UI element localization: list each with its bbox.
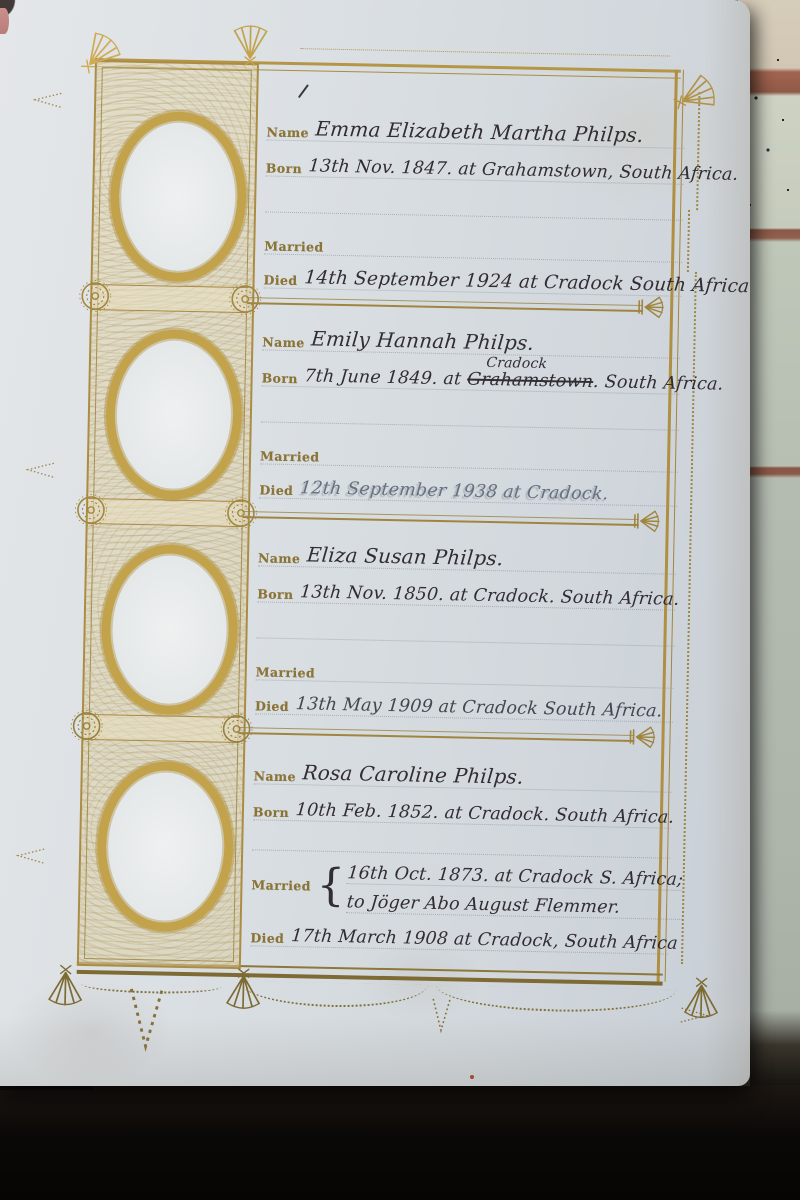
born-row: Born 13th Nov. 1847. at Grahamstown, Sou… xyxy=(266,143,685,184)
rosette-icon xyxy=(75,494,108,527)
fan-tassel-icon xyxy=(33,961,98,1026)
dark-table-shadow xyxy=(0,1085,800,1200)
name-label: Name xyxy=(266,124,309,140)
died-value: 17th March 1908 at Cradock, South Africa xyxy=(290,926,678,954)
married-label: Married xyxy=(251,877,311,893)
died-row: Died 17th March 1908 at Cradock, South A… xyxy=(250,915,669,954)
born-value: 13th Nov. 1847. at Grahamstown, South Af… xyxy=(308,156,740,185)
name-row: Name Eliza Susan Philps. xyxy=(258,533,677,574)
name-label: Name xyxy=(254,768,297,784)
register-entry-1: Name Emma Elizabeth Martha Philps. Born … xyxy=(263,99,671,301)
album-page: Name Emma Elizabeth Martha Philps. Born … xyxy=(0,0,750,1086)
dotted-swag xyxy=(81,976,221,995)
blank-ruled-line xyxy=(265,187,683,220)
dotted-spike-icon xyxy=(679,996,714,1031)
divider-finial-icon xyxy=(626,727,666,748)
married-row: Married xyxy=(260,435,678,472)
section-divider-rod xyxy=(243,511,639,526)
married-row: Married xyxy=(264,225,682,262)
born-row: Born 13th Nov. 1850. at Cradock. South A… xyxy=(257,569,676,610)
died-label: Died xyxy=(255,698,289,714)
name-label: Name xyxy=(262,334,305,350)
married-row: Married xyxy=(256,651,674,688)
born-value: 13th Nov. 1850. at Cradock. South Africa… xyxy=(299,582,680,610)
curly-brace: { xyxy=(316,859,345,914)
married-line-2: to Jöger Abo August Flemmer. xyxy=(346,892,621,917)
photograph-of-register-page: Name Emma Elizabeth Martha Philps. Born … xyxy=(0,0,800,1200)
name-label: Name xyxy=(258,550,301,566)
dotted-swag xyxy=(436,985,676,1014)
dotted-spike-icon xyxy=(27,461,58,492)
dotted-spike-icon xyxy=(18,847,49,878)
name-value: Rosa Caroline Philps. xyxy=(302,760,525,788)
name-value: Eliza Susan Philps. xyxy=(306,542,505,570)
born-label: Born xyxy=(257,586,293,602)
married-row: Married { 16th Oct. 1873. at Cradock S. … xyxy=(251,851,670,919)
born-value: 10th Feb. 1852. at Cradock. South Africa… xyxy=(295,800,675,828)
thistle-corner-ornament-icon xyxy=(49,17,120,88)
name-value: Emily Hannah Philps. xyxy=(311,326,536,354)
born-row: Born 10th Feb. 1852. at Cradock. South A… xyxy=(253,787,672,828)
struck-place: GrahamstownCradock xyxy=(466,370,594,392)
printed-frame-and-entries: Name Emma Elizabeth Martha Philps. Born … xyxy=(0,0,751,1099)
born-label: Born xyxy=(262,370,298,386)
register-entry-3: Name Eliza Susan Philps. Born 13th Nov. … xyxy=(255,525,663,727)
died-row: Died 12th September 1938 at Cradock. xyxy=(259,467,678,506)
died-value: 13th May 1909 at Cradock South Africa. xyxy=(295,694,664,721)
divider-finial-icon xyxy=(631,511,671,532)
correction-above-line: Cradock xyxy=(486,355,548,372)
register-entry-2: Name Emily Hannah Philps. Born 7th June … xyxy=(259,309,667,511)
dotted-spike-icon xyxy=(35,91,66,122)
born-label: Born xyxy=(253,804,289,820)
section-divider-rod xyxy=(239,727,635,742)
dotted-top-flourish xyxy=(300,48,670,56)
died-label: Died xyxy=(263,272,297,288)
died-row: Died 14th September 1924 at Cradock Sout… xyxy=(263,257,682,296)
married-label: Married xyxy=(264,238,324,254)
dotted-border-line xyxy=(687,210,690,272)
name-row: Name Emma Elizabeth Martha Philps. xyxy=(266,107,685,148)
died-value: 12th September 1938 at Cradock. xyxy=(299,478,609,504)
rosette-icon xyxy=(79,280,112,313)
born-label: Born xyxy=(266,160,302,176)
born-row: Born 7th June 1849. at GrahamstownCradoc… xyxy=(261,353,680,394)
register-entry-4: Name Rosa Caroline Philps. Born 10th Feb… xyxy=(250,743,658,963)
dotted-pendant-icon xyxy=(120,989,181,1054)
filigree-divider-band xyxy=(92,284,248,313)
married-lines: 16th Oct. 1873. at Cradock S. Africa; to… xyxy=(346,855,683,920)
name-value: Emma Elizabeth Martha Philps. xyxy=(315,116,645,147)
filigree-divider-band xyxy=(83,714,239,743)
married-label: Married xyxy=(256,664,316,680)
married-label: Married xyxy=(260,448,320,464)
filigree-divider-band xyxy=(88,498,244,527)
died-label: Died xyxy=(259,482,293,498)
born-prefix: 7th June 1849. at xyxy=(304,366,469,389)
blank-ruled-line xyxy=(256,613,674,646)
pen-tick-mark xyxy=(298,84,309,98)
name-row: Name Emily Hannah Philps. xyxy=(262,317,681,358)
died-label: Died xyxy=(250,930,284,946)
died-value: 14th September 1924 at Cradock South Afr… xyxy=(303,267,750,297)
pinnacle-ornament-icon xyxy=(222,11,283,72)
born-value: 7th June 1849. at GrahamstownCradock. So… xyxy=(304,366,725,394)
dotted-pendant-icon xyxy=(428,999,459,1040)
name-row: Name Rosa Caroline Philps. xyxy=(253,751,672,792)
rosette-icon xyxy=(70,710,103,743)
born-suffix: . South Africa. xyxy=(592,372,724,395)
died-row: Died 13th May 1909 at Cradock South Afri… xyxy=(255,683,674,722)
blank-ruled-line xyxy=(261,397,679,430)
